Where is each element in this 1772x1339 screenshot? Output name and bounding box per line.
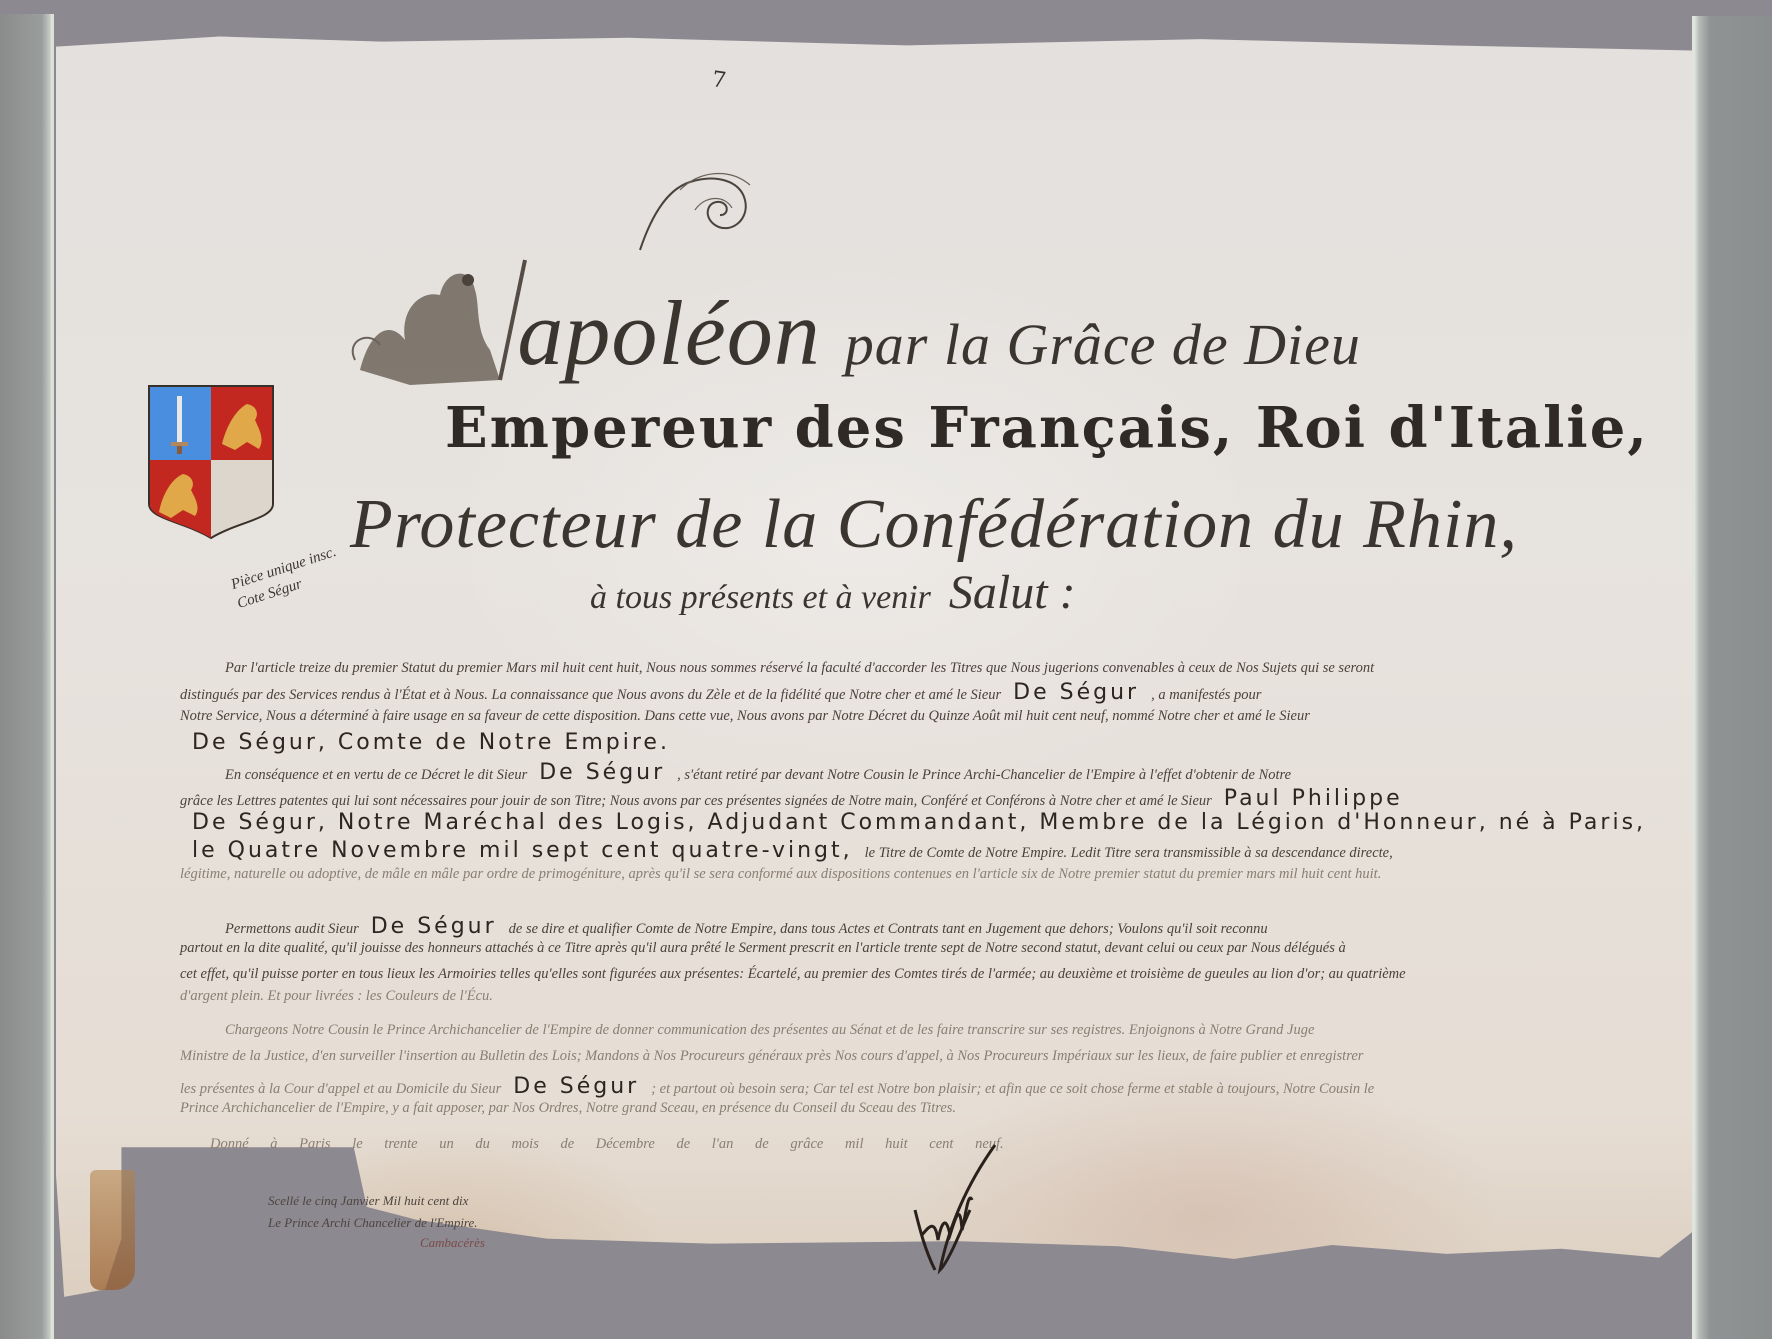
body-line: De Ségur, Notre Maréchal des Logis, Adju… (180, 810, 1660, 835)
name-fill: De Ségur (371, 914, 497, 939)
header-by-grace: par la Grâce de Dieu (845, 312, 1361, 377)
napoleon-signature-icon (910, 1140, 1000, 1280)
right-glass-plate (1692, 16, 1772, 1339)
body-line: cet effet, qu'il puisse porter en tous l… (180, 966, 1660, 983)
body-line: Prince Archichancelier de l'Empire, y a … (180, 1100, 1660, 1117)
header-initial: N (455, 282, 517, 384)
name-fill: De Ségur (1013, 680, 1139, 705)
body-line: grâce les Lettres patentes qui lui sont … (180, 786, 1660, 811)
flourish-ornament-icon (620, 160, 760, 255)
cambaceres-signature: Cambacérès (420, 1235, 485, 1251)
header-salut: Salut : (949, 566, 1076, 619)
header-line-salut: à tous présents et à venirSalut : (590, 565, 1076, 620)
name-fill: De Ségur (513, 1074, 639, 1099)
body-line: De Ségur, Comte de Notre Empire. (180, 730, 1660, 755)
body-line: Chargeons Notre Cousin le Prince Archich… (225, 1022, 1705, 1039)
date-fill: le Quatre Novembre mil sept cent quatre-… (192, 838, 853, 863)
header-line-napoleon: Napoléon par la Grâce de Dieu (455, 280, 1361, 386)
name-fill: De Ségur, Comte de Notre Empire. (192, 730, 670, 755)
body-line: distingués par des Services rendus à l'É… (180, 680, 1660, 705)
left-glass-plate (0, 14, 54, 1339)
body-line: Notre Service, Nous a déterminé à faire … (180, 708, 1660, 725)
header-greeting: à tous présents et à venir (590, 579, 931, 616)
name-fill: Paul Philippe (1224, 786, 1403, 811)
header-name: apoléon (517, 282, 820, 384)
body-line: Ministre de la Justice, d'en surveiller … (180, 1048, 1660, 1065)
header-line-protector: Protecteur de la Confédération du Rhin, (350, 485, 1518, 565)
body-line: Par l'article treize du premier Statut d… (225, 660, 1705, 677)
body-line: partout en la dite qualité, qu'il jouiss… (180, 940, 1660, 957)
water-stain (90, 1170, 135, 1290)
seal-note-line2: Le Prince Archi Chancelier de l'Empire. (268, 1212, 478, 1234)
seal-note-line1: Scellé le cinq Janvier Mil huit cent dix (268, 1190, 478, 1212)
body-line: En conséquence et en vertu de ce Décret … (225, 760, 1705, 785)
coat-of-arms-icon (147, 384, 275, 540)
seal-registration-note: Scellé le cinq Janvier Mil huit cent dix… (268, 1190, 478, 1234)
name-fill: De Ségur (539, 760, 665, 785)
body-line: le Quatre Novembre mil sept cent quatre-… (180, 838, 1660, 863)
name-fill: De Ségur, Notre Maréchal des Logis, Adju… (192, 810, 1646, 835)
body-line: les présentes à la Cour d'appel et au Do… (180, 1074, 1660, 1099)
header-line-emperor: Empereur des Français, Roi d'Italie, (445, 395, 1649, 461)
body-line: légitime, naturelle ou adoptive, de mâle… (180, 866, 1660, 883)
body-line: d'argent plein. Et pour livrées : les Co… (180, 988, 1660, 1005)
body-line: Permettons audit SieurDe Ségurde se dire… (225, 914, 1705, 939)
